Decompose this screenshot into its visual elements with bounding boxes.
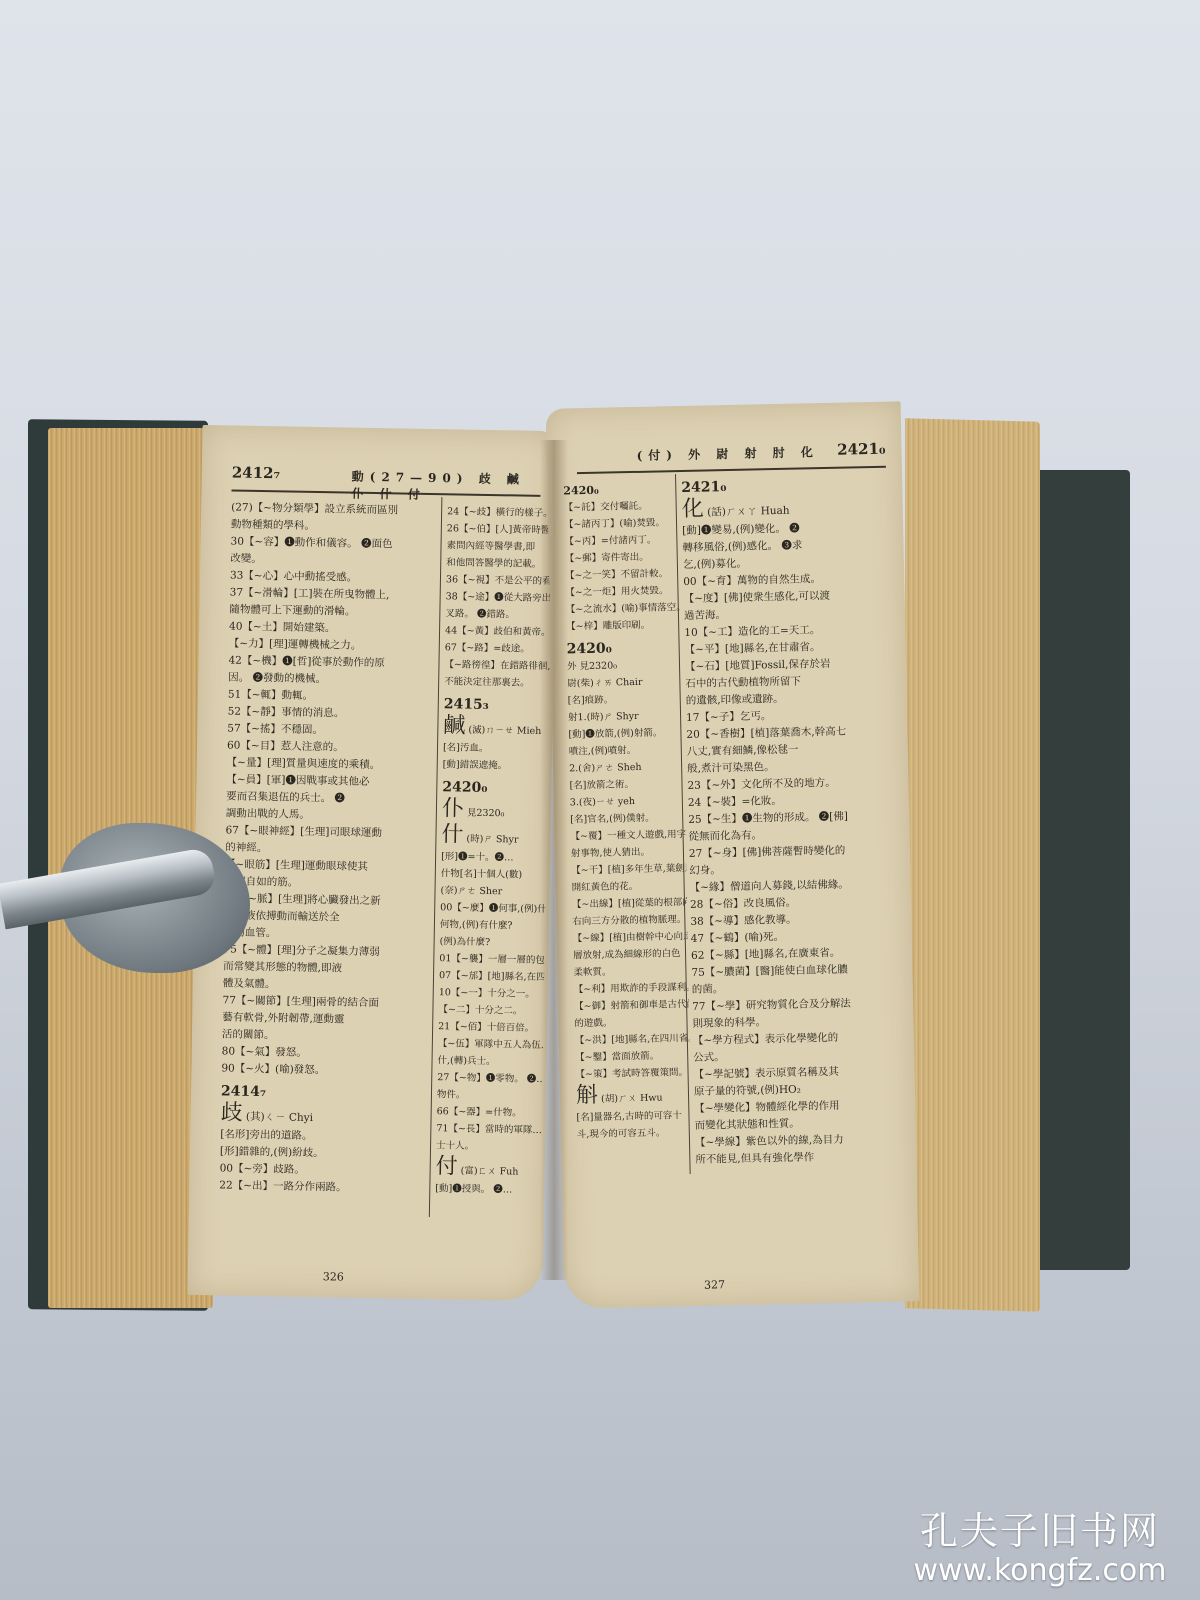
metal-clip <box>0 815 250 985</box>
pronunciation: (富)ㄈㄨ Fuh <box>461 1166 519 1178</box>
headword: 鹹 <box>443 713 465 738</box>
entry-line: 01【~襲】一層一層的包裹。 <box>439 950 544 969</box>
entry-line: 物件。 <box>437 1086 542 1105</box>
right-page-header: (付) 外 尉 射 肘 化 2421₀ <box>576 440 886 474</box>
entry-line: 【~之流水】(喻)事情落空。 <box>566 599 681 618</box>
entry-line: 【~路徬徨】在錯路徘徊, <box>444 656 549 675</box>
entry-line: 44【~黃】歧伯和黃帝。 <box>445 622 550 641</box>
entry-line: 38【~途】❶從大路旁出分 <box>446 588 551 607</box>
entry-line: 【~御】射箭和御車是古代尚武 <box>574 996 689 1015</box>
right-page-number-header: 2421₀ <box>837 440 886 459</box>
photo-scene: 2412₇ 動(27—90) 歧 鹹 仆 什 付 (27)【~物分類學】設立系統… <box>0 0 1200 1600</box>
headword: 化 <box>681 497 704 522</box>
watermark: 孔夫子旧书网 www.kongfz.com <box>890 1500 1190 1588</box>
entry-line: 【~二】十分之二。 <box>438 1001 543 1020</box>
left-page-number-header: 2412₇ <box>232 463 281 482</box>
right-page-header-title: (付) 外 尉 射 肘 化 <box>636 443 819 464</box>
page-edges-right <box>905 418 1040 1312</box>
entry-line: 36【~視】不是公平的看待。 <box>446 571 551 590</box>
entry-line: [名]量器名,古時的可容十 <box>576 1107 691 1126</box>
entry-line: 67【~路】=歧途。 <box>445 639 550 658</box>
headword: 仆 <box>442 796 464 821</box>
entry-line: (奈)ㄕㄜ Sher <box>440 882 545 901</box>
pronunciation: (其)ㄑㄧ Chyi <box>246 1111 313 1124</box>
right-page-column-1: 2420₀ 【~託】交付囑託。 【~諸丙丁】(喻)焚毀。 【~丙】=付諸丙丁。 … <box>563 480 692 1143</box>
right-page: (付) 外 尉 射 肘 化 2421₀ 2420₀ 【~託】交付囑託。 【~諸丙… <box>546 401 920 1308</box>
entry-line: 【~梓】雕版印刷。 <box>566 616 681 635</box>
headword: 斛 <box>576 1083 599 1108</box>
entry-line: 什,(轉)兵士。 <box>437 1052 542 1071</box>
entry-line: [名]汚血。 <box>443 739 548 758</box>
entry-number: 2415₃ <box>444 696 549 715</box>
pronunciation: (話)ㄏㄨㄚ Huah <box>707 505 790 519</box>
entry-line: 什物[名]十個人(數) <box>441 865 546 884</box>
entry-line: 26【~伯】[人]黃帝時醫學家, <box>447 520 552 539</box>
page-number: 327 <box>704 1278 725 1291</box>
left-page-header: 2412₇ 動(27—90) 歧 鹹 仆 什 付 <box>231 463 540 496</box>
entry-line: 所不能見,但具有強化學作 <box>695 1147 910 1168</box>
headword: 付 <box>435 1154 457 1179</box>
entry-line: 士十人。 <box>436 1137 541 1156</box>
entry-line: 素問內經等醫學書,即 <box>446 537 551 556</box>
entry-line: 07【~邡】[地]縣名,在四川。 <box>439 967 544 986</box>
entry-line: 層放射,成為細線形的白色 <box>573 945 688 964</box>
left-page-column-1: (27)【~物分類學】設立系統而區別 動物種類的學科。 30【~容】❶動作和儀容… <box>219 499 436 1197</box>
left-page-header-title: 動(27—90) 歧 鹹 仆 什 付 <box>351 468 541 505</box>
entry-line: 【~干】[植]多年生草,葉劍形 <box>571 860 686 879</box>
book-gutter <box>540 440 568 1280</box>
entry-line: 不能決定往那裏去。 <box>444 673 549 692</box>
entry-line: 【~諸丙丁】(喻)焚毀。 <box>564 514 679 533</box>
entry-line: 【~策】考試時答覆策問。 <box>575 1064 690 1083</box>
entry-line: [形]❶=十。❷… <box>441 848 546 867</box>
entry-line: 24【~歧】橫行的樣子。 <box>447 503 552 522</box>
entry-line: 何物,(例)有什麼? <box>440 916 545 935</box>
pronunciation: (胡)ㄏㄨ Hwu <box>601 1093 663 1105</box>
entry-line: 00【~麼】❶何事,(例)什麼? <box>440 899 545 918</box>
entry-line: 90【~火】(喻)發怒。 <box>221 1060 426 1081</box>
entry-line: 10【~一】十分之一。 <box>439 984 544 1003</box>
entry-line: 66【~器】=什物。 <box>437 1103 542 1122</box>
entry-line: [動]❶授與。 ❷… <box>435 1180 540 1199</box>
entry-line: 【~覆】一種文人遊戲,用字句隱 <box>570 826 685 845</box>
entry-line: 和他問答醫學的記載。 <box>446 554 551 573</box>
entry-line: 22【~出】一路分作兩路。 <box>219 1177 424 1198</box>
entry-line: [動]錯誤遮掩。 <box>443 756 548 775</box>
entry-line: 【~伍】軍隊中五人為伍… <box>438 1035 543 1054</box>
watermark-url: www.kongfz.com <box>890 1553 1190 1588</box>
entry-line: 21【~佰】十倍百倍。 <box>438 1018 543 1037</box>
watermark-chinese: 孔夫子旧书网 <box>890 1500 1190 1555</box>
entry-line: (例)為什麼? <box>439 933 544 952</box>
headword: 什 <box>441 822 463 847</box>
pronunciation: (滅)ㄇㄧㄝ Mieh <box>468 725 541 737</box>
headword: 歧 <box>220 1100 242 1125</box>
pronunciation: (時)ㄕ Shyr <box>466 834 518 846</box>
entry-line: 叉路。 ❷錯路。 <box>445 605 550 624</box>
entry-line: 27【~物】❶零物。 ❷… <box>437 1069 542 1088</box>
pronunciation: 見2320₀ <box>467 808 505 820</box>
entry-line: 斗,現今的可容五斗。 <box>577 1124 692 1143</box>
page-number: 326 <box>323 1270 344 1283</box>
entry-line: 71【~長】當時的軍隊… <box>436 1120 541 1139</box>
entry-number: 2420₀ <box>442 779 547 798</box>
right-page-column-2: 2421₀ 化 (話)ㄏㄨㄚ Huah [動]❶變易,(例)變化。 ❷ 轉移風俗… <box>681 475 910 1168</box>
left-page-column-2: 24【~歧】橫行的樣子。 26【~伯】[人]黃帝時醫學家, 素問內經等醫學書,即… <box>435 503 552 1199</box>
entry-line: 【~洪】[地]縣名,在四川省。 <box>575 1030 690 1049</box>
